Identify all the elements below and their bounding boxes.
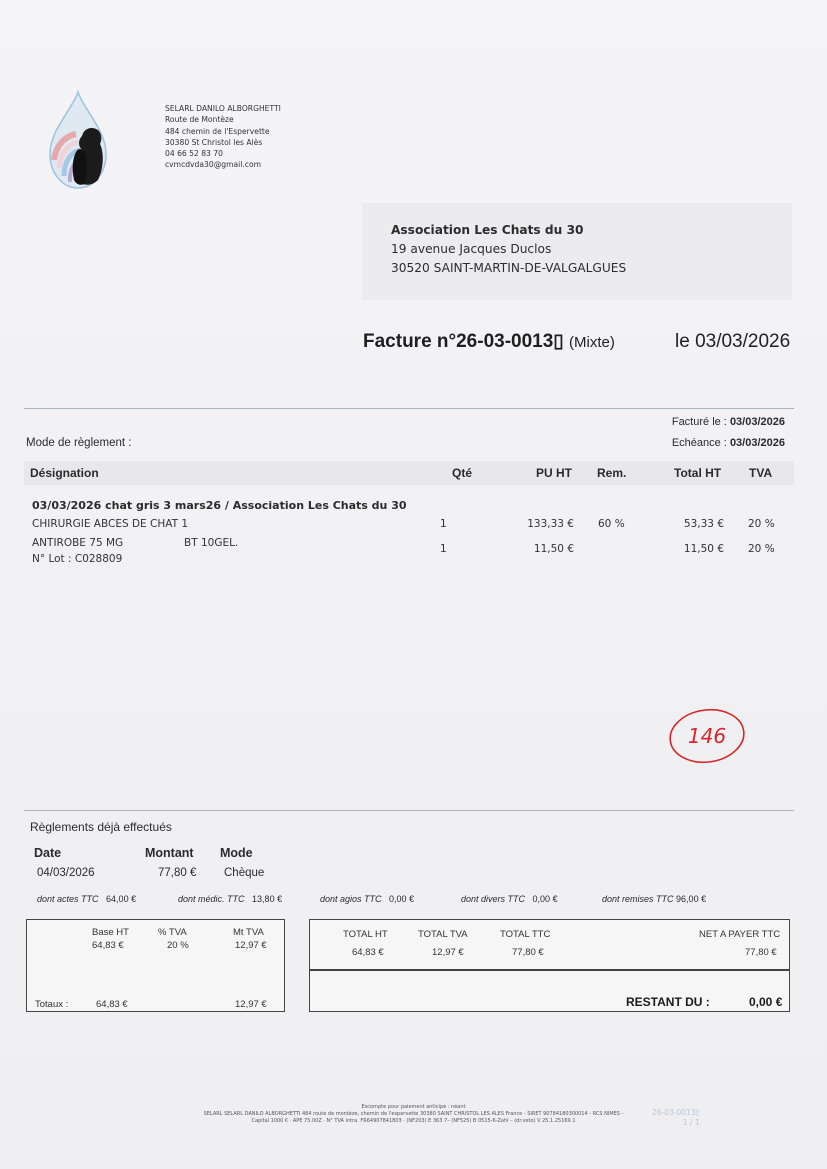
vat-col-amount: Mt TVA [233,927,264,938]
client-street: 19 avenue Jacques Duclos [391,240,626,259]
footer-invoice-ref: 26-03-0013▯ [652,1108,700,1118]
item-total-ht: 11,50 € [640,543,724,555]
legal-footer: Escompte pour paiement anticipé : néant … [0,1104,827,1125]
payments-col-mode: Mode [220,846,253,860]
vat-total-amount: 12,97 € [235,999,267,1010]
vendor-email: cvmcdvda30@gmail.com [165,159,281,170]
item-discount: 60 % [598,518,638,530]
svg-text:146: 146 [688,724,726,748]
vat-col-rate: % TVA [158,927,187,938]
footer-company-info: SELARL SELARL DANILO ALBORGHETTI 484 rou… [0,1111,827,1118]
item-qty: 1 [440,543,470,555]
total-ttc-value: 77,80 € [512,947,544,958]
payment-mode-label: Mode de règlement : [26,437,131,449]
total-tva-value: 12,97 € [432,947,464,958]
vat-rate: 20 % [167,940,189,951]
col-qty: Qté [452,466,472,480]
item-qty: 1 [440,518,470,530]
item-total-ht: 53,33 € [640,518,724,530]
remaining-due-label: RESTANT DU : [626,995,710,1009]
vendor-address-line: 484 chemin de l'Espervette [165,126,281,137]
vat-base: 64,83 € [92,940,124,951]
invoice-meta: Facturé le : 03/03/2026 Echéance : 03/03… [672,412,785,454]
payments-title: Règlements déjà effectués [30,820,172,834]
col-designation: Désignation [30,466,99,480]
col-discount: Rem. [597,466,626,480]
col-vat: TVA [749,466,772,480]
vendor-address: SELARL DANILO ALBORGHETTI Route de Montè… [165,103,281,171]
vendor-phone: 04 66 52 83 70 [165,148,281,159]
breakdown-medic: dont médic. TTC 13,80 € [178,894,282,904]
payment-amount: 77,80 € [158,867,196,879]
vat-amount: 12,97 € [235,940,267,951]
items-table-header: Désignation Qté PU HT Rem. Total HT TVA [24,461,794,485]
client-city: 30520 SAINT-MARTIN-DE-VALGALGUES [391,259,626,278]
item-designation: ANTIROBE 75 MG [32,537,123,549]
vendor-city: 30380 St Christol les Alès [165,137,281,148]
payments-col-date: Date [34,846,61,860]
total-ttc-label: TOTAL TTC [500,929,550,940]
invoice-title: Facture n°26-03-0013▯ (Mixte) [363,330,615,353]
breakdown-divers: dont divers TTC 0,00 € [461,894,558,904]
page-number: 1 / 1 [652,1118,700,1128]
remaining-due-value: 0,00 € [749,995,782,1009]
due-label: Echéance : [672,437,727,449]
vat-total-base: 64,83 € [96,999,128,1010]
breakdown-actes: dont actes TTC 64,00 € [37,894,136,904]
handwritten-number-stamp: 146 [666,705,748,767]
vat-totals-label: Totaux : [35,999,68,1010]
client-name: Association Les Chats du 30 [391,221,626,240]
invoice-type: (Mixte) [569,334,615,351]
item-vat: 20 % [748,518,788,530]
net-to-pay-value: 77,80 € [745,947,777,958]
payments-col-amount: Montant [145,846,194,860]
net-to-pay-label: NET A PAYER TTC [699,929,780,940]
col-unit-price: PU HT [536,466,572,480]
breakdown-agios: dont agios TTC 0,00 € [320,894,414,904]
divider [24,810,794,811]
payment-date: 04/03/2026 [37,867,95,879]
total-tva-label: TOTAL TVA [418,929,468,940]
vendor-name: SELARL DANILO ALBORGHETTI [165,103,281,114]
col-total-ht: Total HT [674,466,721,480]
total-ht-label: TOTAL HT [343,929,388,940]
vat-col-base: Base HT [92,927,129,938]
footer-registration-info: Capital 1000 € · APE 75.00Z · N° TVA int… [0,1118,827,1125]
divider [24,408,794,409]
footer-discount-note: Escompte pour paiement anticipé : néant [0,1104,827,1111]
item-lot-number: N° Lot : C028809 [32,553,122,565]
item-packaging: BT 10GEL. [184,537,238,549]
totals-divider [309,969,790,971]
item-group-title: 03/03/2026 chat gris 3 mars26 / Associat… [32,499,407,512]
breakdown-remises: dont remises TTC 96,00 € [602,894,706,904]
billed-label: Facturé le : [672,416,727,428]
item-designation: CHIRURGIE ABCES DE CHAT 1 [32,518,188,530]
item-vat: 20 % [748,543,788,555]
payment-mode: Chèque [224,867,264,879]
vendor-address-line: Route de Montèze [165,114,281,125]
client-address: Association Les Chats du 30 19 avenue Ja… [391,221,626,278]
invoice-number: Facture n°26-03-0013▯ [363,331,564,352]
invoice-page: SELARL DANILO ALBORGHETTI Route de Montè… [0,0,827,1169]
billed-date: 03/03/2026 [730,416,785,428]
item-unit-price: 11,50 € [500,543,574,555]
due-date: 03/03/2026 [730,437,785,449]
total-ht-value: 64,83 € [352,947,384,958]
invoice-date: le 03/03/2026 [675,331,790,353]
vet-clinic-logo-icon [32,88,124,192]
footer-reference: 26-03-0013▯ 1 / 1 [652,1108,700,1128]
item-unit-price: 133,33 € [500,518,574,530]
